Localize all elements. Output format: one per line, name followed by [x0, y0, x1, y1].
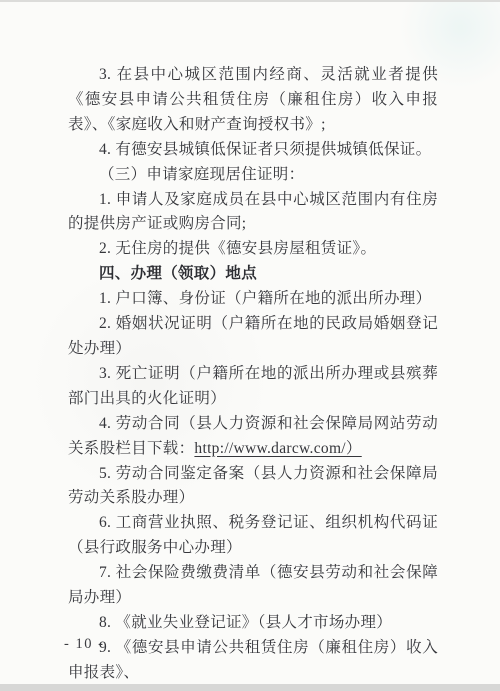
scan-bottom-edge	[0, 684, 500, 691]
para-2-marriage-certificate: 2. 婚姻状况证明（户籍所在地的民政局婚姻登记处办理）	[68, 312, 438, 362]
para-4-labor-contract-download: 4. 劳动合同（县人力资源和社会保障局网站劳动关系股栏目下载：http://ww…	[68, 412, 438, 462]
para-1-hukou-id-card: 1. 户口簿、身份证（户籍所在地的派出所办理）	[68, 287, 438, 312]
para-3-death-certificate: 3. 死亡证明（户籍所在地的派出所办理或县殡葬部门出具的火化证明）	[68, 362, 438, 412]
scan-top-edge	[0, 0, 500, 2]
para-7-social-insurance-payment-list: 7. 社会保险费缴费清单（德安县劳动和社会保障局办理）	[68, 561, 438, 611]
para-section3-residence-proof-heading: （三）申请家庭现居住证明：	[68, 163, 438, 188]
para-3-business-flexible-employment: 3. 在县中心城区范围内经商、灵活就业者提供《德安县申请公共租赁住房（廉租住房）…	[68, 63, 438, 138]
para-9-income-declaration-form: 9. 《德安县申请公共租赁住房（廉租住房）收入申报表》、	[68, 636, 438, 686]
para-4-lowincome-certificate: 4. 有德安县城镇低保证者只须提供城镇低保证。	[68, 138, 438, 163]
page-number: - 10 -	[64, 636, 104, 653]
para-5-labor-contract-record: 5. 劳动合同鉴定备案（县人力资源和社会保障局劳动关系股办理）	[68, 462, 438, 512]
scanned-document-page: 3. 在县中心城区范围内经商、灵活就业者提供《德安县申请公共租赁住房（廉租住房）…	[0, 0, 500, 691]
para-8-employment-registration-certificate: 8. 《就业失业登记证》（县人才市场办理）	[68, 611, 438, 636]
para-1-housing-property-certificate: 1. 申请人及家庭成员在县中心城区范围内有住房的提供房产证或购房合同;	[68, 188, 438, 238]
darcw-website-link[interactable]: http://www.darcw.com/）	[194, 440, 361, 457]
para-6-business-license-tax-org-codes: 6. 工商营业执照、税务登记证、组织机构代码证（县行政服务中心办理）	[68, 511, 438, 561]
para-2-no-housing-rental-certificate: 2. 无住房的提供《德安县房屋租赁证》。	[68, 237, 438, 262]
section-heading-four-handling-locations: 四、办理（领取）地点	[68, 262, 438, 287]
document-body: 3. 在县中心城区范围内经商、灵活就业者提供《德安县申请公共租赁住房（廉租住房）…	[68, 63, 438, 686]
